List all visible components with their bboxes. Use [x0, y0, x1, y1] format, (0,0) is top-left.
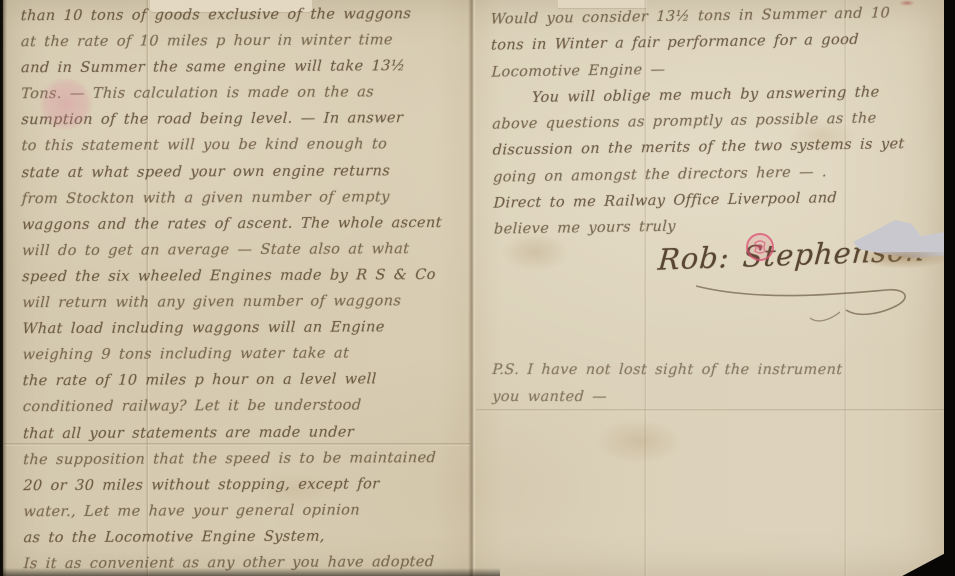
manuscript-line: from Stockton with a given number of emp…	[11, 188, 482, 217]
manuscript-line: than 10 tons of goods exclusive of the w…	[10, 6, 481, 35]
manuscript-line: to this statement will you be kind enoug…	[11, 136, 482, 165]
manuscript-line: conditioned railway? Let it be understoo…	[12, 397, 483, 426]
manuscript-line: speed the six wheeled Engines made by R …	[11, 267, 482, 296]
manuscript-line: as to the Locomotive Engine System,	[13, 528, 484, 557]
paper-bottom-edge	[0, 568, 500, 576]
manuscript-line: the rate of 10 miles p hour on a level w…	[12, 371, 483, 400]
manuscript-line: weighing 9 tons including water take at	[12, 345, 483, 374]
manuscript-line: will do to get an average — State also a…	[11, 241, 482, 270]
manuscript-line: state at what speed your own engine retu…	[11, 162, 482, 191]
manuscript-line: at the rate of 10 miles p hour in winter…	[10, 32, 481, 61]
red-circular-stamp	[744, 231, 776, 263]
manuscript-line: 20 or 30 miles without stopping, except …	[12, 475, 483, 504]
manuscript-line: What load including waggons will an Engi…	[12, 319, 483, 348]
postscript-line: P.S. I have not lost sight of the instru…	[491, 362, 843, 389]
postscript: P.S. I have not lost sight of the instru…	[492, 362, 842, 416]
manuscript-line: water., Let me have your general opinion	[13, 502, 484, 531]
manuscript-line: the supposition that the speed is to be …	[12, 449, 483, 478]
signature-flourish	[690, 268, 920, 328]
manuscript-line: will return with any given number of wag…	[11, 293, 482, 322]
scan-background-right	[944, 0, 955, 576]
postscript-line: you wanted —	[491, 389, 843, 416]
red-ink-smudge	[899, 0, 915, 6]
letter-right-page: Would you consider 13½ tons in Summer an…	[488, 0, 952, 248]
manuscript-line: waggons and the rates of ascent. The who…	[11, 215, 482, 244]
torn-paper-shadow	[855, 252, 951, 268]
faint-pink-stamp	[38, 78, 94, 130]
paper-left-edge	[0, 0, 7, 576]
manuscript-line: that all your statements are made under	[12, 423, 483, 452]
